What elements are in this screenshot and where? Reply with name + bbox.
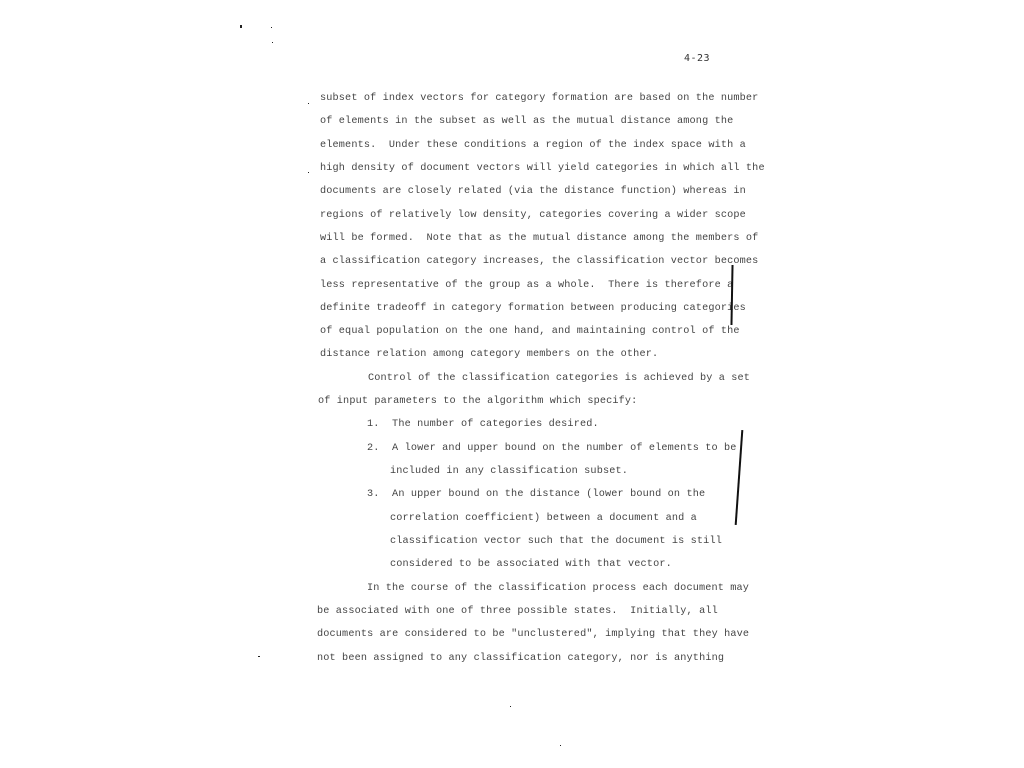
scan-speck xyxy=(258,656,260,657)
text-line: In the course of the classification proc… xyxy=(367,583,749,594)
text-line: will be formed. Note that as the mutual … xyxy=(320,233,758,244)
text-line: of equal population on the one hand, and… xyxy=(320,326,740,337)
text-line: a classification category increases, the… xyxy=(320,256,758,267)
list-item: 2. A lower and upper bound on the number… xyxy=(367,443,737,454)
text-line: documents are closely related (via the d… xyxy=(320,186,746,197)
text-line: elements. Under these conditions a regio… xyxy=(320,140,746,151)
scan-speck xyxy=(272,42,273,43)
scan-speck xyxy=(271,27,272,28)
page-number: 4-23 xyxy=(684,53,710,64)
text-line: less representative of the group as a wh… xyxy=(320,280,733,291)
list-item: 1. The number of categories desired. xyxy=(367,419,599,430)
text-line: included in any classification subset. xyxy=(390,466,628,477)
text-line: classification vector such that the docu… xyxy=(390,536,722,547)
scan-speck xyxy=(560,745,561,746)
text-line: subset of index vectors for category for… xyxy=(320,93,758,104)
text-line: regions of relatively low density, categ… xyxy=(320,210,746,221)
list-item: 3. An upper bound on the distance (lower… xyxy=(367,489,705,500)
scan-speck xyxy=(308,172,309,173)
text-line: of input parameters to the algorithm whi… xyxy=(318,396,637,407)
scan-speck xyxy=(308,103,309,104)
text-line: distance relation among category members… xyxy=(320,349,658,360)
text-line: definite tradeoff in category formation … xyxy=(320,303,746,314)
text-line: correlation coefficient) between a docum… xyxy=(390,513,697,524)
text-line: of elements in the subset as well as the… xyxy=(320,116,733,127)
text-line: be associated with one of three possible… xyxy=(317,606,718,617)
margin-mark xyxy=(730,265,733,325)
text-line: considered to be associated with that ve… xyxy=(390,559,672,570)
scanned-document-page: 4-23 subset of index vectors for categor… xyxy=(0,0,1024,768)
text-line: high density of document vectors will yi… xyxy=(320,163,765,174)
scan-speck xyxy=(510,706,511,707)
text-line: Control of the classification categories… xyxy=(368,373,750,384)
text-line: not been assigned to any classification … xyxy=(317,653,724,664)
text-line: documents are considered to be "uncluste… xyxy=(317,629,749,640)
scan-speck xyxy=(240,25,242,28)
